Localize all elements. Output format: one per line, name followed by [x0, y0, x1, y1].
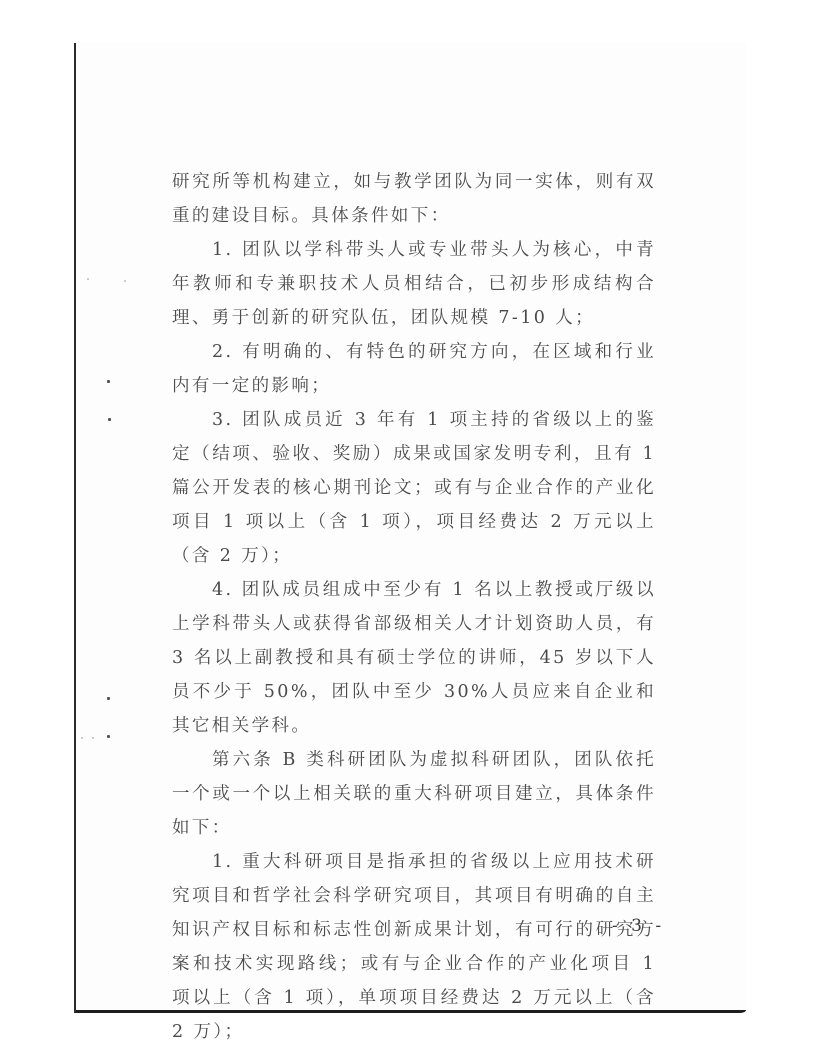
paragraph-item-4-member-qualifications: 4. 团队成员组成中至少有 1 名以上教授或厅级以上学科带头人或获得省部级相关人… [172, 573, 656, 743]
scan-speck [124, 280, 126, 282]
paragraph-article-6: 第六条 B 类科研团队为虚拟科研团队，团队依托一个或一个以上相关联的重大科研项目… [172, 743, 656, 845]
paragraph-article-6-item-1: 1. 重大科研项目是指承担的省级以上应用技术研究项目和哲学社会科学研究项目，其项… [172, 845, 656, 1049]
paragraph-item-3-achievements: 3. 团队成员近 3 年有 1 项主持的省级以上的鉴定（结项、验收、奖励）成果或… [172, 403, 656, 573]
punch-hole-mark [107, 697, 110, 700]
paragraph-continuation: 研究所等机构建立，如与教学团队为同一实体，则有双重的建设目标。具体条件如下： [172, 165, 656, 233]
punch-hole-mark [107, 735, 110, 738]
scan-speck [81, 737, 83, 739]
paragraph-item-2-research-direction: 2. 有明确的、有特色的研究方向，在区域和行业内有一定的影响； [172, 335, 656, 403]
punch-hole-mark [108, 418, 111, 421]
scan-speck [92, 737, 94, 739]
paragraph-item-1-team-composition: 1. 团队以学科带头人或专业带头人为核心，中青年教师和专兼职技术人员相结合，已初… [172, 233, 656, 335]
page-number: - 3 - [612, 916, 665, 936]
scan-speck [87, 278, 89, 280]
document-body: 研究所等机构建立，如与教学团队为同一实体，则有双重的建设目标。具体条件如下： 1… [172, 165, 656, 1049]
punch-hole-mark [107, 380, 110, 383]
